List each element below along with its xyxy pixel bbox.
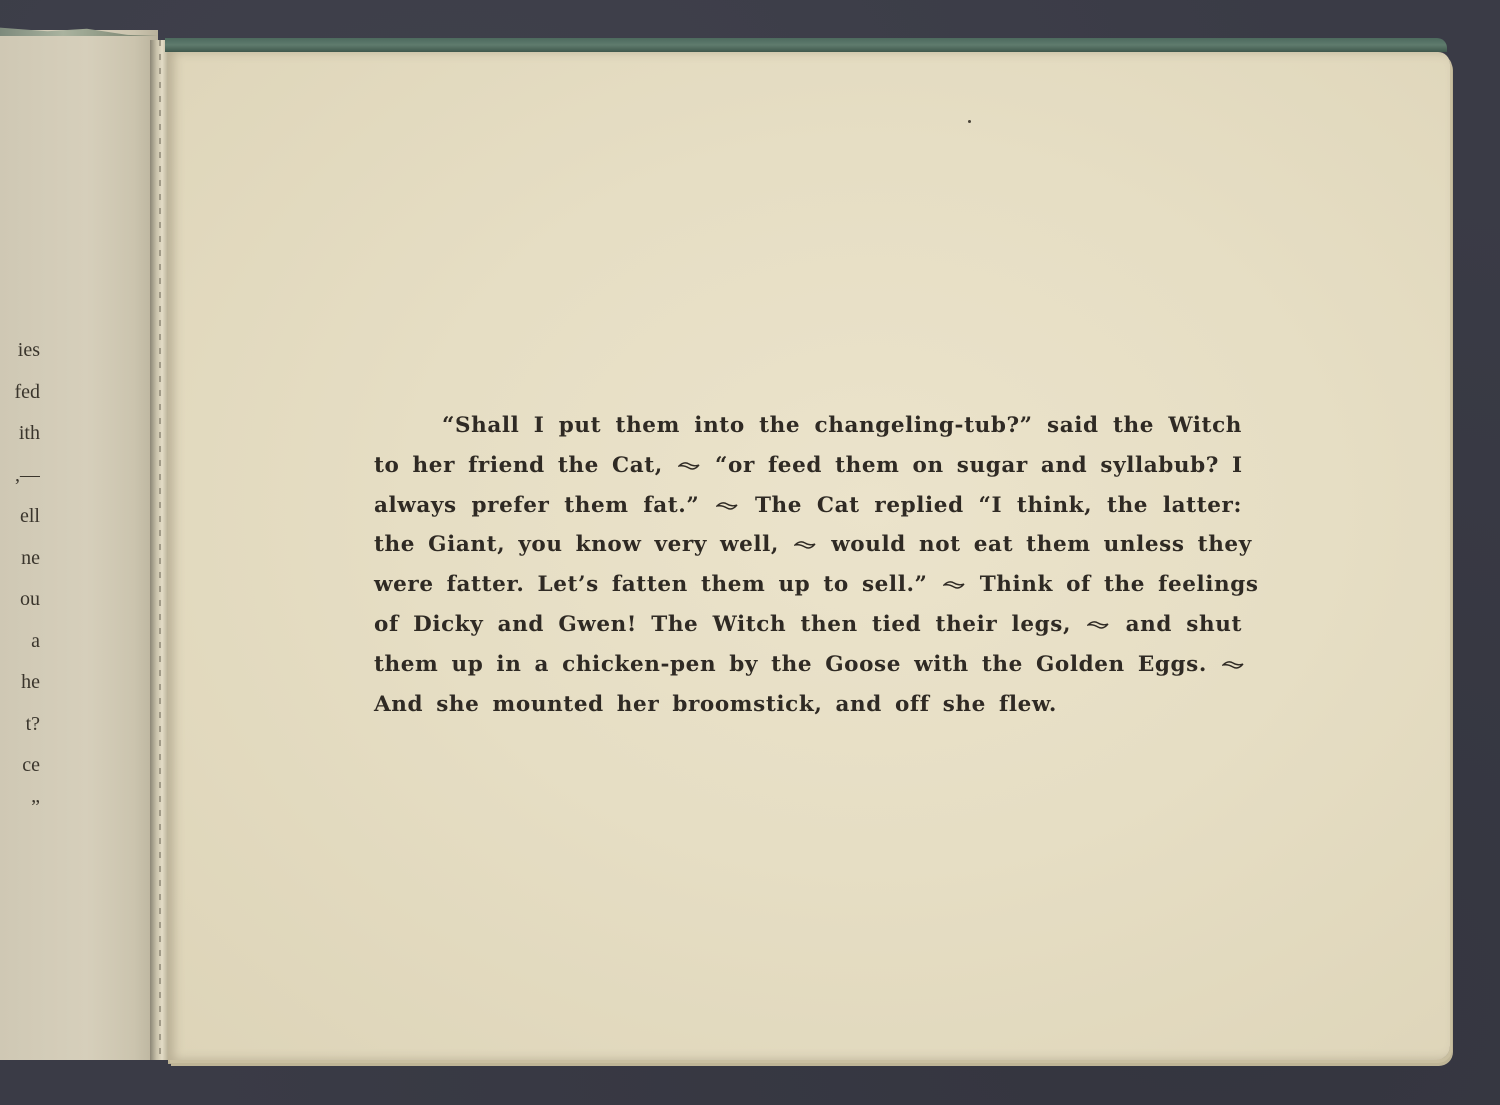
text-segment: of Dicky and Gwen! The Witch then tied t…: [374, 612, 1071, 637]
leaf-ornament-icon: [943, 580, 965, 590]
paper-speck: [968, 120, 971, 123]
left-fragment: ell: [0, 496, 40, 538]
left-fragment: ce: [0, 745, 40, 787]
text-line: were fatter. Let’s fatten them up to sel…: [374, 565, 1242, 605]
left-fragment: he: [0, 662, 40, 704]
story-paragraph: “Shall I put them into the changeling-tu…: [374, 406, 1242, 724]
leaf-ornament-icon: [1087, 620, 1109, 630]
left-fragment: t?: [0, 704, 40, 746]
left-fragment: a: [0, 621, 40, 663]
left-fragment: ,—: [0, 455, 40, 497]
text-line: always prefer them fat.” The Cat replied…: [374, 486, 1242, 526]
left-fragment: ith: [0, 413, 40, 455]
text-segment: were fatter. Let’s fatten them up to sel…: [374, 572, 928, 597]
left-fragment: ”: [0, 787, 40, 829]
text-segment: would not eat them unless they: [831, 532, 1252, 557]
text-segment: Think of the feelings: [980, 572, 1259, 597]
text-segment: them up in a chicken-pen by the Goose wi…: [374, 652, 1207, 677]
left-fragment: ou: [0, 579, 40, 621]
left-fragment: ne: [0, 538, 40, 580]
text-segment: the Giant, you know very well,: [374, 532, 779, 557]
text-line: “Shall I put them into the changeling-tu…: [374, 406, 1242, 446]
green-cover-edge: [165, 38, 1447, 52]
binding-stitch: [159, 40, 161, 1060]
text-segment: “Shall I put them into the changeling-tu…: [442, 413, 1242, 438]
left-page-text-fragments: ies fed ith ,— ell ne ou a he t? ce ”: [0, 330, 40, 828]
text-line: the Giant, you know very well, would not…: [374, 525, 1242, 565]
leaf-ornament-icon: [678, 461, 700, 471]
text-segment: and shut: [1126, 612, 1242, 637]
text-line: to her friend the Cat, “or feed them on …: [374, 446, 1242, 486]
text-segment: always prefer them fat.”: [374, 493, 699, 518]
left-fragment: fed: [0, 372, 40, 414]
leaf-ornament-icon: [1222, 660, 1244, 670]
left-fragment: ies: [0, 330, 40, 372]
text-line: of Dicky and Gwen! The Witch then tied t…: [374, 605, 1242, 645]
text-segment: The Cat replied “I think, the latter:: [755, 493, 1242, 518]
text-segment: to her friend the Cat,: [374, 453, 663, 478]
text-segment: And she mounted her broomstick, and off …: [374, 692, 1057, 717]
text-line: them up in a chicken-pen by the Goose wi…: [374, 645, 1242, 685]
leaf-ornament-icon: [794, 540, 816, 550]
text-line: And she mounted her broomstick, and off …: [374, 685, 1242, 725]
text-segment: “or feed them on sugar and syllabub? I: [715, 453, 1243, 478]
leaf-ornament-icon: [716, 501, 738, 511]
